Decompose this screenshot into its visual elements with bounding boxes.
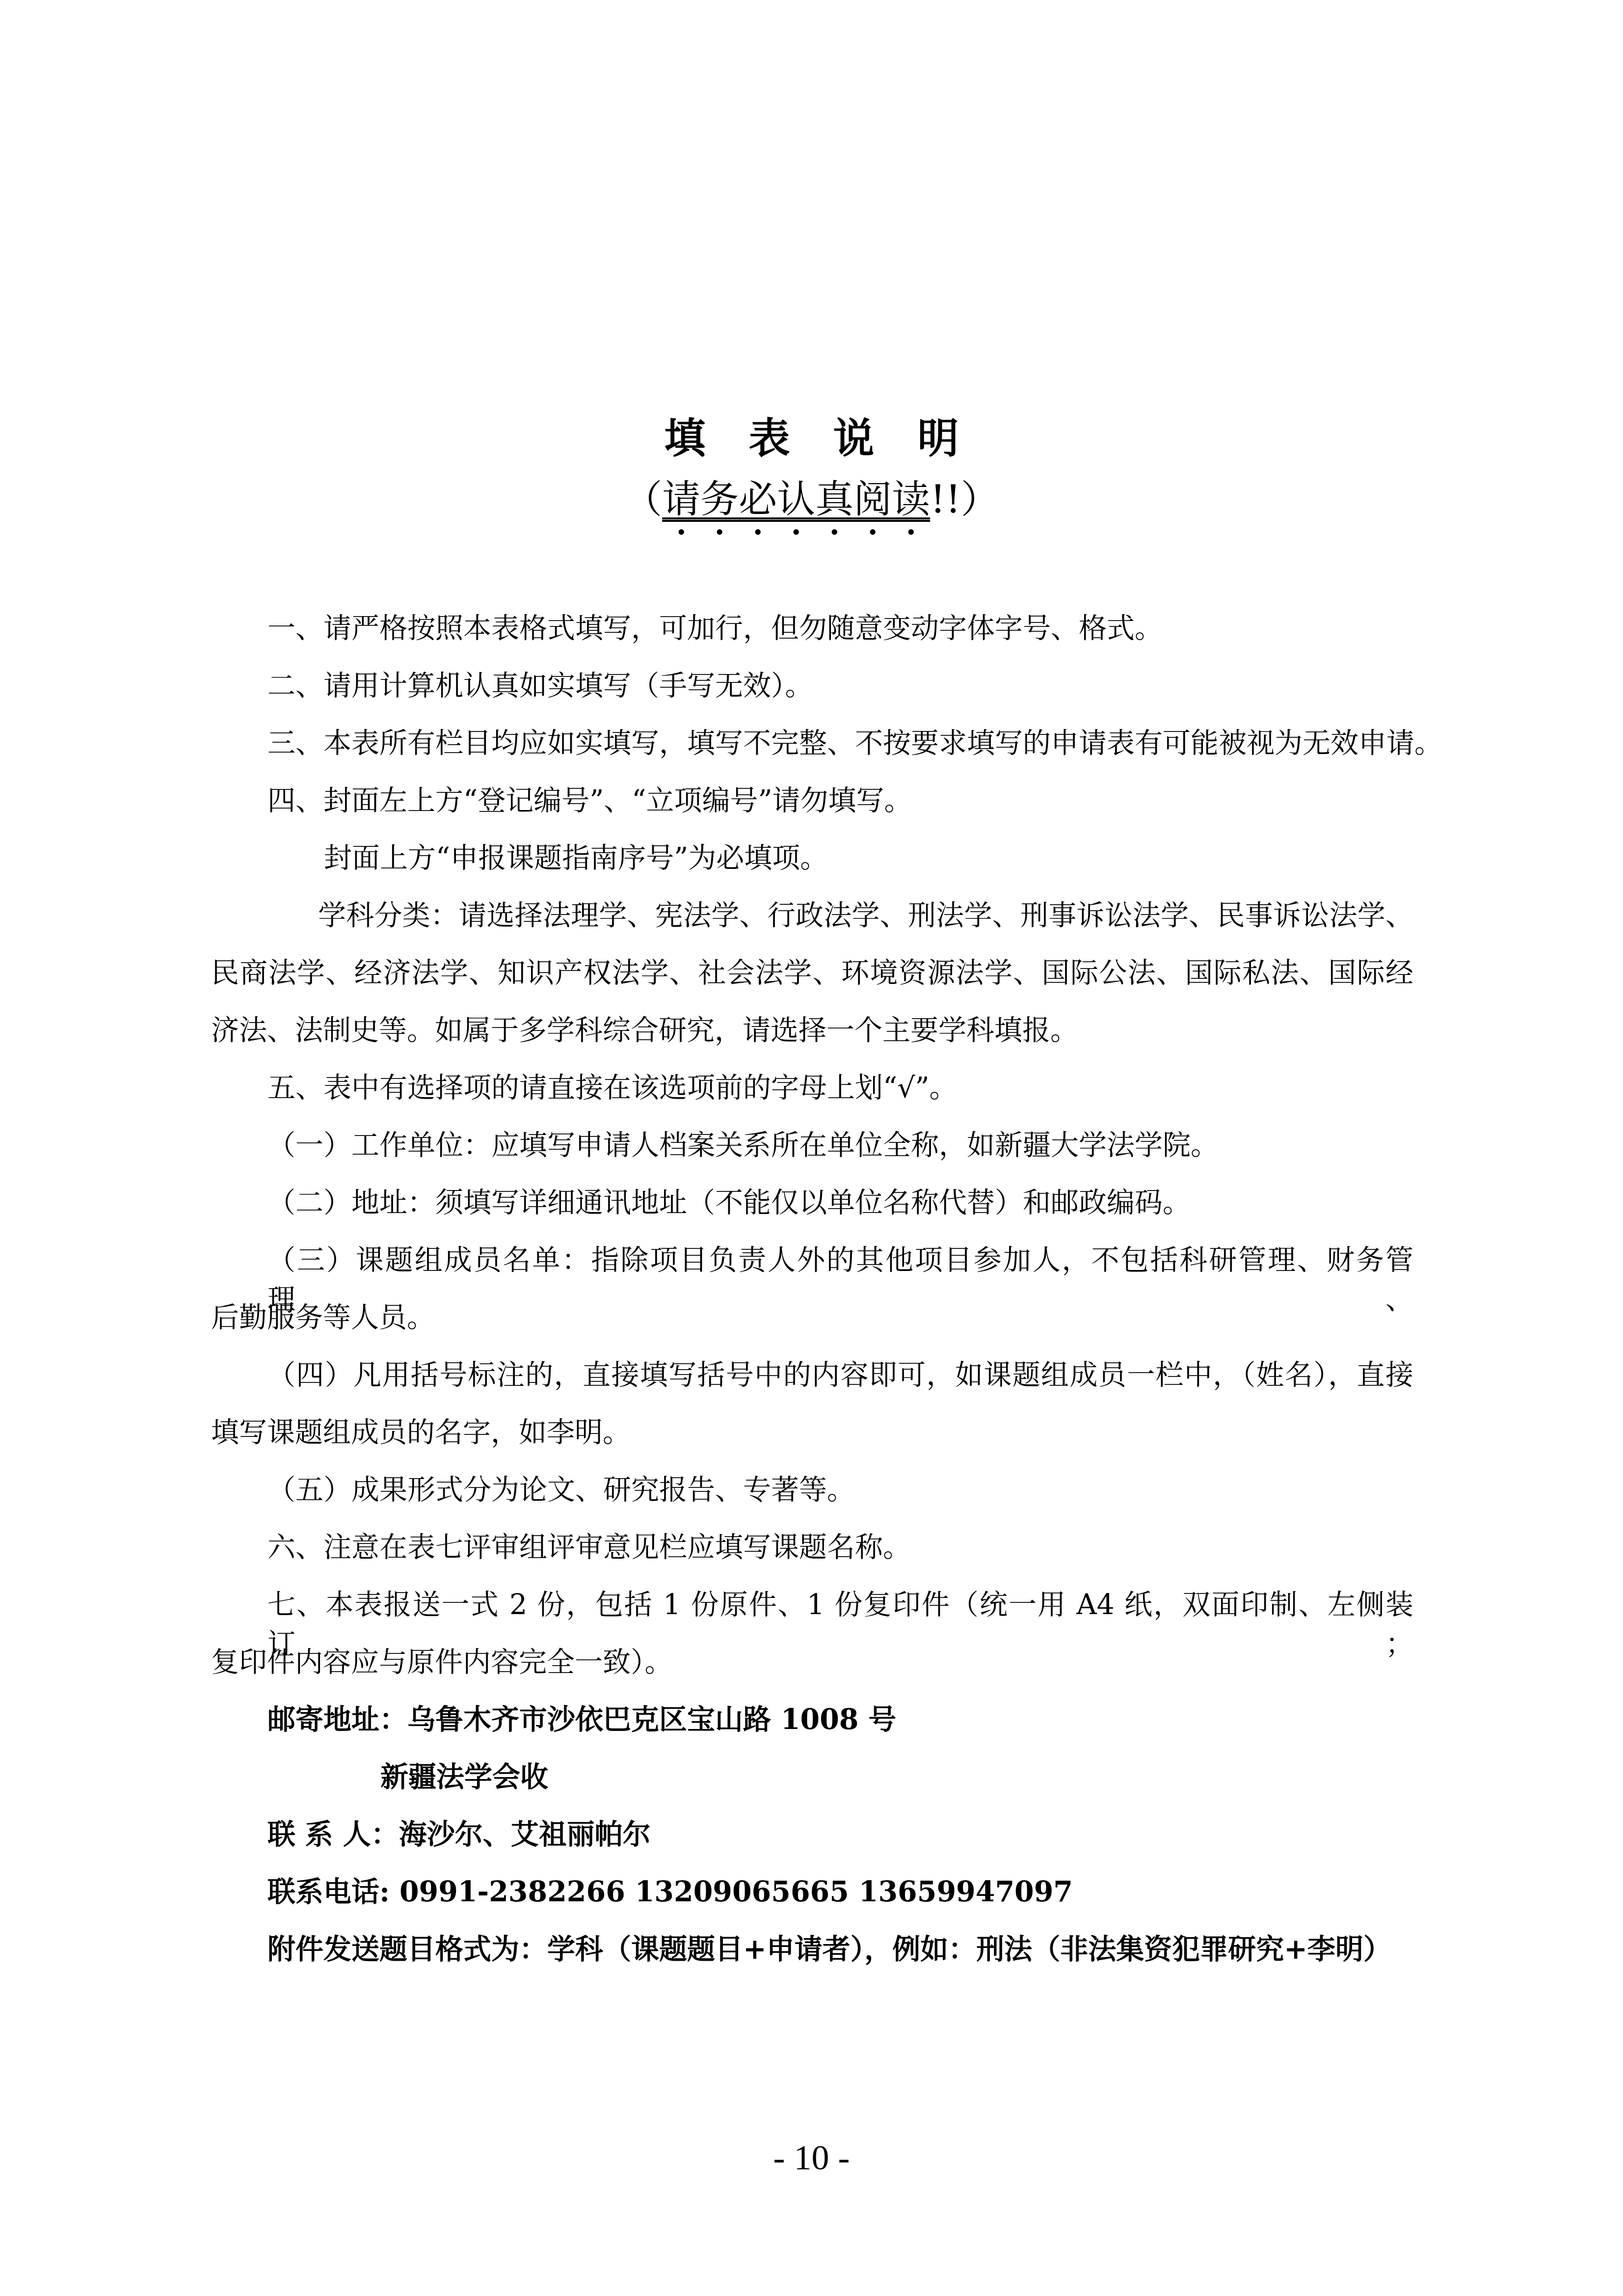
instruction-line: 六、注意在表七评审组评审意见栏应填写课题名称。 (267, 1528, 1413, 1567)
contact-line: 新疆法学会收 (380, 1757, 1413, 1797)
instruction-line: 学科分类：请选择法理学、宪法学、行政法学、刑法学、刑事诉讼法学、民事诉讼法学、 (318, 896, 1413, 935)
instruction-line: 四、封面左上方“登记编号”、“立项编号”请勿填写。 (267, 781, 1413, 820)
instruction-line: 民商法学、经济法学、知识产权法学、社会法学、环境资源法学、国际公法、国际私法、国… (211, 953, 1413, 993)
contact-line: 邮寄地址：乌鲁木齐市沙依巴克区宝山路 1008 号 (267, 1700, 1413, 1739)
contact-line: 联系电话: 0991-2382266 13209065665 136599470… (267, 1872, 1413, 1912)
instruction-line: （二）地址：须填写详细通讯地址（不能仅以单位名称代替）和邮政编码。 (267, 1183, 1413, 1222)
instruction-line: （一）工作单位：应填写申请人档案关系所在单位全称，如新疆大学法学院。 (267, 1126, 1413, 1165)
instruction-line: 一、请严格按照本表格式填写，可加行，但勿随意变动字体字号、格式。 (267, 609, 1413, 648)
instruction-line: 三、本表所有栏目均应如实填写，填写不完整、不按要求填写的申请表有可能被视为无效申… (267, 724, 1413, 763)
instruction-line: （五）成果形式分为论文、研究报告、专著等。 (267, 1470, 1413, 1510)
instruction-line: 二、请用计算机认真如实填写（手写无效）。 (267, 666, 1413, 705)
instruction-line: （四）凡用括号标注的，直接填写括号中的内容即可，如课题组成员一栏中，（姓名），直… (267, 1355, 1413, 1395)
subtitle-open-paren: （ (624, 478, 662, 522)
document-page: 填表说明 （请务必认真阅读!!） 一、请严格按照本表格式填写，可加行，但勿随意变… (0, 0, 1623, 2296)
contact-line: 附件发送题目格式为：学科（课题题目+申请者），例如：刑法（非法集资犯罪研究+李明… (267, 1930, 1413, 1969)
instruction-line: 济法、法制史等。如属于多学科综合研究，请选择一个主要学科填报。 (211, 1011, 1413, 1050)
subtitle-tail: !!） (930, 478, 999, 522)
instruction-line: 填写课题组成员的名字，如李明。 (211, 1413, 1413, 1452)
page-subtitle: （请务必认真阅读!!） (0, 474, 1623, 544)
contact-line: 联 系 人：海沙尔、艾祖丽帕尔 (267, 1815, 1413, 1854)
page-number: - 10 - (0, 2135, 1623, 2180)
page-title: 填表说明 (0, 411, 1623, 465)
instruction-line: 后勤服务等人员。 (211, 1298, 1413, 1337)
instruction-line: 复印件内容应与原件内容完全一致）。 (211, 1643, 1413, 1682)
instruction-line: 封面上方“申报课题指南序号”为必填项。 (324, 838, 1413, 878)
subtitle-emphasized-text: 请务必认真阅读 (662, 478, 930, 522)
instruction-line: 五、表中有选择项的请直接在该选项前的字母上划“√”。 (267, 1068, 1413, 1107)
